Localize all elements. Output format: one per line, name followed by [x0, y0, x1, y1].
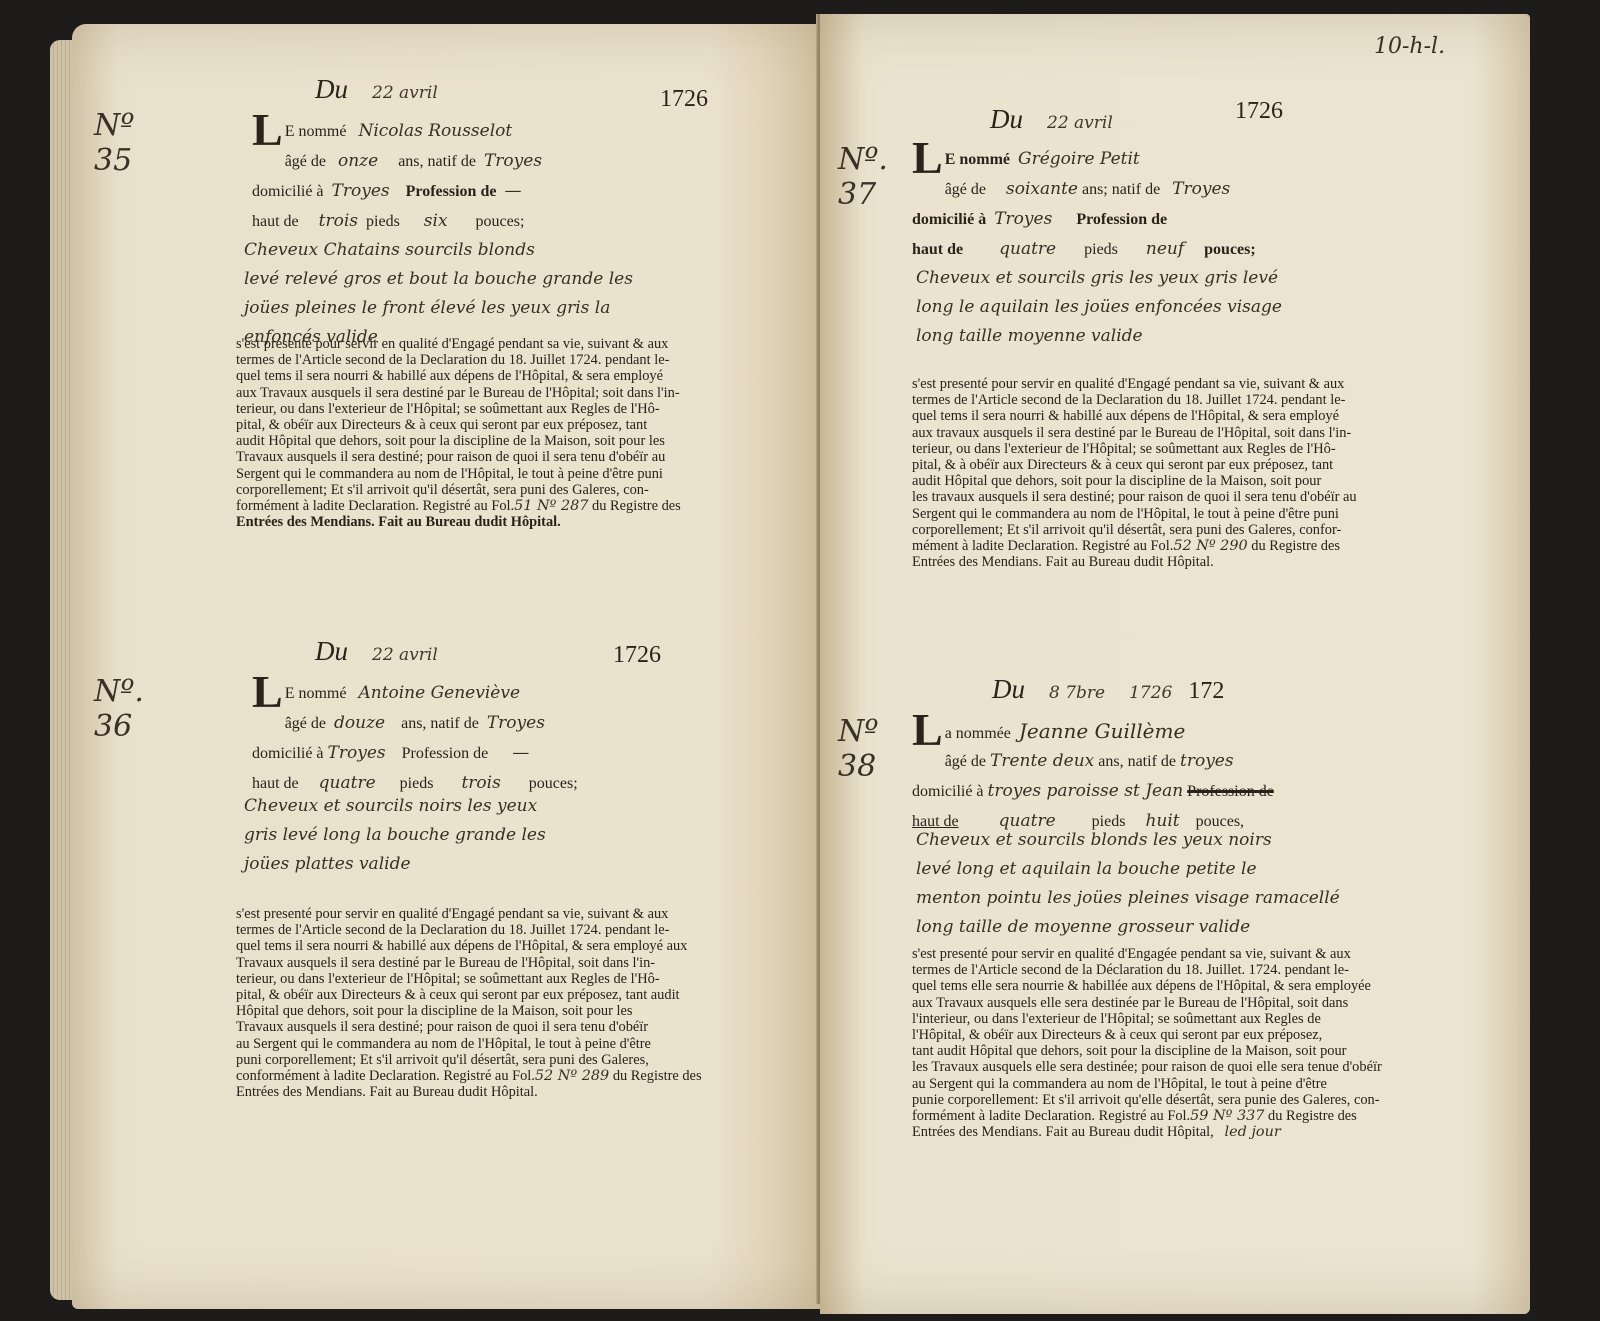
entry-form: La nommée Jeanne Guillème âgé de Trente …	[912, 716, 1472, 836]
feet-label: pieds	[366, 213, 400, 230]
entry-form: LE nommé Nicolas Rousselot âgé de onze a…	[252, 116, 722, 236]
drop-cap: L	[252, 110, 283, 150]
description-line: long le aquilain les joües enfoncées vis…	[916, 293, 1282, 322]
folio-reference: 52 Nº 290	[1173, 538, 1247, 554]
name-field: Nicolas Rousselot	[358, 121, 512, 141]
description-line: levé relevé gros et bout la bouche grand…	[244, 265, 633, 294]
nomme-label: E nommé	[945, 151, 1010, 168]
body-line: pital, & obéïr aux Directeurs & à ceux q…	[236, 417, 706, 433]
entry-form: LE nommé Grégoire Petit âgé de soixante …	[912, 144, 1412, 264]
physical-description: Cheveux et sourcils blonds les yeux noir…	[916, 826, 1340, 942]
folio-suffix: du Registre des	[592, 498, 681, 514]
height-label: haut de	[252, 213, 299, 230]
body-line: au Sergent qui la commandera au nom de l…	[912, 1076, 1402, 1092]
body-line: s'est presenté pour servir en qualité d'…	[236, 906, 706, 922]
body-line-folio: formément à ladite Declaration. Registré…	[912, 1108, 1402, 1124]
age-label: âgé de	[945, 753, 986, 770]
body-line: s'est presenté pour servir en qualité d'…	[912, 376, 1392, 392]
feet-label: pieds	[400, 775, 434, 792]
domicile-label: domicilié à	[912, 783, 984, 800]
trailing-note: led jour	[1225, 1124, 1281, 1140]
body-line: puni corporellement; Et s'il arrivoit qu…	[236, 1052, 706, 1068]
height-label: haut de	[252, 775, 299, 792]
name-field: Jeanne Guillème	[1019, 719, 1185, 743]
description-line: Cheveux et sourcils noirs les yeux	[244, 792, 546, 821]
body-line: tant audit Hôpital que dehors, soit pour…	[912, 1043, 1402, 1059]
printed-declaration: s'est presenté pour servir en qualité d'…	[912, 946, 1402, 1140]
body-line: Sergent qui le commandera au nom de l'Hô…	[236, 466, 706, 482]
printed-declaration: s'est presenté pour servir en qualité d'…	[236, 336, 706, 530]
body-line: corporellement; Et s'il arrivoit qu'il d…	[912, 522, 1392, 538]
body-line: audit Hôpital que dehors, soit pour la d…	[912, 473, 1392, 489]
body-line-final: Entrées des Mendians. Fait au Bureau dud…	[912, 1124, 1402, 1140]
body-line: quel tems elle sera nourrie & habillée a…	[912, 978, 1402, 994]
birthplace-label: ans; natif de	[1082, 181, 1160, 198]
body-line: termes de l'Article second de la Declara…	[236, 352, 706, 368]
body-line: corporellement; Et s'il arrivoit qu'il d…	[236, 482, 706, 498]
body-line: s'est presenté pour servir en qualité d'…	[236, 336, 706, 352]
body-line: les Travaux ausquels elle sera destinée;…	[912, 1059, 1402, 1075]
date-handwritten: 22 avril	[372, 83, 438, 103]
body-line: terieur, ou dans l'exterieur de l'Hôpita…	[236, 971, 706, 987]
body-line: termes de l'Article second de la Declara…	[912, 392, 1392, 408]
feet-field: trois	[319, 211, 358, 231]
inches-field: trois	[461, 773, 500, 793]
body-line: aux travaux ausquels il sera destiné par…	[912, 425, 1392, 441]
date-handwritten: 22 avril	[372, 645, 438, 665]
body-line: Sergent qui le commandera au nom de l'Hô…	[912, 506, 1392, 522]
domicile-field: Troyes	[994, 209, 1052, 229]
right-page: 10-h-l. Nº. 37 Du 22 avril 1726 LE nommé…	[820, 14, 1530, 1314]
body-line: Entrées des Mendians. Fait au Bureau dud…	[236, 1084, 706, 1100]
nomme-label: E nommé	[285, 685, 347, 702]
folio-suffix: du Registre des	[1268, 1108, 1357, 1124]
date-handwritten: 8 7bre	[1049, 683, 1105, 703]
body-line: Travaux ausquels il sera destiné; pour r…	[236, 449, 706, 465]
body-line: Hôpital que dehors, soit pour la discipl…	[236, 1003, 706, 1019]
body-line: aux Travaux ausquels il sera destiné par…	[236, 385, 706, 401]
profession-label: Profession de	[1076, 211, 1167, 228]
physical-description: Cheveux Chatains sourcils blonds levé re…	[244, 236, 633, 352]
description-line: gris levé long la bouche grande les	[244, 821, 546, 850]
description-line: menton pointu les joües pleines visage r…	[916, 884, 1340, 913]
name-field: Grégoire Petit	[1018, 149, 1140, 169]
folio-reference: 51 Nº 287	[514, 498, 588, 514]
folio-prefix: conformément à ladite Declaration. Regis…	[236, 1068, 535, 1084]
body-line: l'interieur, ou dans l'exterieur de l'Hô…	[912, 1011, 1402, 1027]
profession-label: Profession de	[402, 745, 489, 762]
birthplace-field: Troyes	[487, 713, 545, 733]
body-line: s'est presenté pour servir en qualité d'…	[912, 946, 1402, 962]
folio-suffix: du Registre des	[613, 1068, 702, 1084]
entry-number: Nº. 37	[838, 142, 888, 212]
entry-date: Du 22 avril 1726	[315, 74, 735, 105]
date-year: 1726	[613, 642, 661, 669]
feet-field: quatre	[999, 239, 1056, 259]
nomme-label: a nommée	[945, 725, 1011, 742]
birthplace-label: ans, natif de	[401, 715, 479, 732]
domicile-label: domicilié à	[912, 211, 986, 228]
drop-cap: L	[912, 138, 943, 178]
age-field: Trente deux	[990, 751, 1094, 771]
age-label: âgé de	[945, 181, 986, 198]
body-line: quel tems il sera nourri & habillé aux d…	[236, 938, 706, 954]
body-line: pital, & à obéïr aux Directeurs & à ceux…	[912, 457, 1392, 473]
height-label: haut de	[912, 241, 963, 258]
domicile-field: troyes paroisse st Jean	[988, 781, 1184, 801]
body-line: punie corporellement: Et s'il arrivoit q…	[912, 1092, 1402, 1108]
body-line: quel tems il sera nourri & habillé aux d…	[236, 368, 706, 384]
entry-number: Nº 38	[838, 714, 878, 784]
printed-declaration: s'est presenté pour servir en qualité d'…	[912, 376, 1392, 570]
folio-suffix: du Registre des	[1251, 538, 1340, 554]
birthplace-field: Troyes	[1172, 179, 1230, 199]
description-line: joües pleines le front élevé les yeux gr…	[244, 294, 633, 323]
body-line: Travaux ausquels il sera destiné; pour r…	[236, 1019, 706, 1035]
drop-cap: L	[912, 710, 943, 750]
age-field: onze	[338, 151, 378, 171]
date-prefix: Du	[992, 674, 1025, 704]
body-line-folio: formément à ladite Declaration. Registré…	[236, 498, 706, 514]
birthplace-label: ans, natif de	[1098, 753, 1176, 770]
date-handwritten: 22 avril	[1047, 113, 1113, 133]
body-line: l'Hôpital, & obéïr aux Directeurs & à ce…	[912, 1027, 1402, 1043]
age-field: douze	[334, 713, 385, 733]
folio-prefix: mément à ladite Declaration. Registré au…	[912, 538, 1173, 554]
domicile-label: domicilié à	[252, 183, 324, 200]
age-field: soixante	[1006, 179, 1078, 199]
body-line-folio: mément à ladite Declaration. Registré au…	[912, 538, 1392, 554]
entry-date: Du 22 avril 1726	[990, 104, 1450, 135]
body-line: termes de l'Article second de la Declara…	[236, 922, 706, 938]
description-line: Cheveux et sourcils gris les yeux gris l…	[916, 264, 1282, 293]
folio-prefix: formément à ladite Declaration. Registré…	[912, 1108, 1190, 1124]
date-prefix: Du	[990, 104, 1023, 134]
feet-field: quatre	[319, 773, 376, 793]
date-year: 1726	[660, 86, 708, 113]
age-label: âgé de	[285, 715, 326, 732]
printed-declaration: s'est presenté pour servir en qualité d'…	[236, 906, 706, 1100]
drop-cap: L	[252, 672, 283, 712]
folio-prefix: formément à ladite Declaration. Registré…	[236, 498, 514, 514]
profession-field: —	[512, 743, 529, 763]
feet-label: pieds	[1084, 241, 1118, 258]
description-line: joües plattes valide	[244, 850, 546, 879]
body-line: les travaux ausquels il sera destiné; po…	[912, 489, 1392, 505]
inches-label: pouces;	[476, 213, 525, 230]
body-line: Travaux ausquels il sera destiné par le …	[236, 955, 706, 971]
printed-year: 172	[1188, 678, 1224, 704]
body-line: pital, & obéïr aux Directeurs & à ceux q…	[236, 987, 706, 1003]
date-prefix: Du	[315, 636, 348, 666]
date-prefix: Du	[315, 74, 348, 104]
entry-number: Nº. 36	[94, 674, 144, 744]
folio-reference: 59 Nº 337	[1190, 1108, 1264, 1124]
body-line: terieur, ou dans l'exterieur de l'Hôpita…	[912, 441, 1392, 457]
entry-date: Du 8 7bre 1726 172	[992, 674, 1452, 705]
date-year: 1726	[1235, 98, 1283, 125]
body-line: au Sergent qui le commandera au nom de l…	[236, 1036, 706, 1052]
entry-form: LE nommé Antoine Geneviève âgé de douze …	[252, 678, 722, 798]
body-line: aux Travaux ausquels elle sera destinée …	[912, 995, 1402, 1011]
physical-description: Cheveux et sourcils gris les yeux gris l…	[916, 264, 1282, 351]
inches-label: pouces;	[529, 775, 578, 792]
inches-field: six	[424, 211, 448, 231]
physical-description: Cheveux et sourcils noirs les yeux gris …	[244, 792, 546, 879]
entry-date: Du 22 avril 1726	[315, 636, 735, 667]
inches-label: pouces;	[1204, 241, 1256, 258]
name-field: Antoine Geneviève	[358, 683, 520, 703]
body-line: audit Hôpital que dehors, soit pour la d…	[236, 433, 706, 449]
body-line: termes de l'Article second de la Déclara…	[912, 962, 1402, 978]
domicile-label: domicilié à	[252, 745, 324, 762]
age-label: âgé de	[285, 153, 326, 170]
nomme-label: E nommé	[285, 123, 347, 140]
description-line: Cheveux et sourcils blonds les yeux noir…	[916, 826, 1340, 855]
profession-label: Profession de	[1187, 783, 1274, 800]
birthplace-field: troyes	[1180, 751, 1234, 771]
body-line: Entrées des Mendians. Fait au Bureau dud…	[912, 554, 1392, 570]
domicile-field: Troyes	[328, 743, 386, 763]
description-line: long taille moyenne valide	[916, 322, 1282, 351]
inches-field: neuf	[1146, 239, 1184, 259]
profession-field: —	[504, 181, 521, 201]
profession-label: Profession de	[406, 183, 497, 200]
description-line: Cheveux Chatains sourcils blonds	[244, 236, 633, 265]
domicile-field: Troyes	[332, 181, 390, 201]
body-line: quel tems il sera nourri & habillé aux d…	[912, 408, 1392, 424]
entry-number: Nº 35	[94, 108, 134, 178]
birthplace-label: ans, natif de	[398, 153, 476, 170]
description-line: levé long et aquilain la bouche petite l…	[916, 855, 1340, 884]
folio-reference: 52 Nº 289	[535, 1068, 609, 1084]
left-page: Nº 35 Du 22 avril 1726 LE nommé Nicolas …	[72, 24, 820, 1309]
birthplace-field: Troyes	[484, 151, 542, 171]
closing-text: Entrées des Mendians. Fait au Bureau dud…	[912, 1124, 1214, 1140]
description-line: long taille de moyenne grosseur valide	[916, 913, 1340, 942]
body-line: terieur, ou dans l'exterieur de l'Hôpita…	[236, 401, 706, 417]
body-line-folio: conformément à ladite Declaration. Regis…	[236, 1068, 706, 1084]
date-year: 1726	[1129, 683, 1172, 703]
body-line: Entrées des Mendians. Fait au Bureau dud…	[236, 514, 706, 530]
folio-mark: 10-h-l.	[1374, 34, 1445, 59]
